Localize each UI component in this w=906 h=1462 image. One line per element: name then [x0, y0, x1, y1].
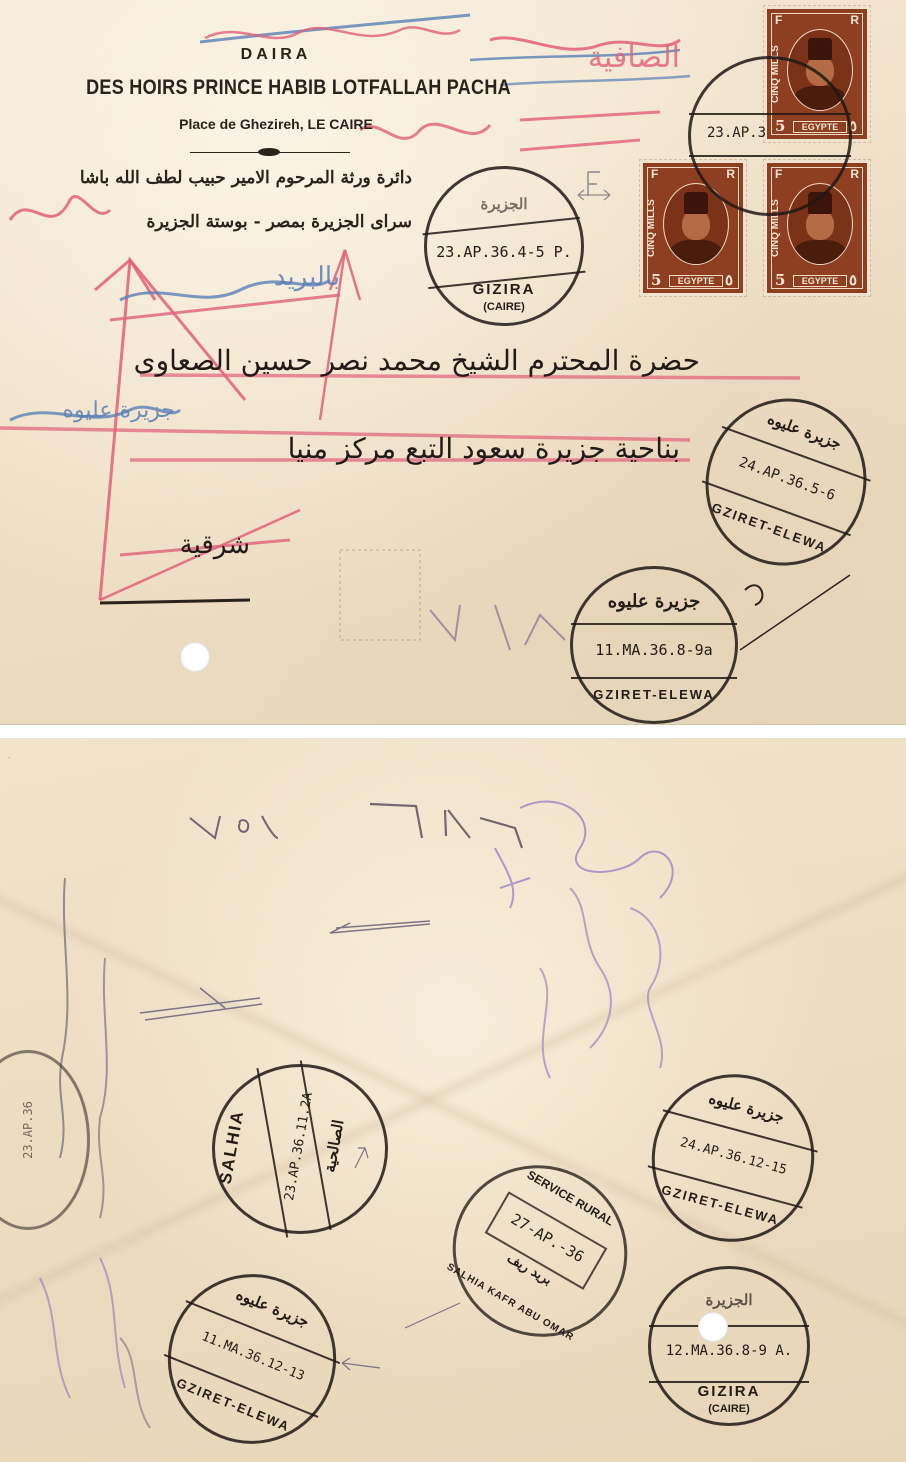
postmark-gziret-elewa-1: جزيرة عليوه 24.AP.36.5-6 GZIRET-ELEWA	[682, 376, 890, 589]
stamp-corner-right: R	[850, 167, 859, 181]
postmark-partial-left: 23.AP.36	[0, 1050, 90, 1230]
stamp-value: 5	[651, 271, 661, 289]
postmark-service-rural: SERVICE RURAL 27-AP.-36 بريد ريف SALHIA …	[421, 1133, 658, 1368]
letterhead-address: Place de Ghezireh, LE CAIRE	[136, 116, 416, 132]
stamp-corner-left: F	[775, 13, 782, 27]
postmark-gziret-elewa-back-2: جزيرة عليوه 11.MA.36.12-13 GZIRET-ELEWA	[142, 1249, 361, 1462]
postmark-gizira-back: الجزيرة 12.MA.36.8-9 A. GIZIRA (CAIRE)	[648, 1266, 810, 1426]
postmark-arabic: الصالحية	[317, 1100, 350, 1192]
postmark-salhia: SALHIA 23.AP.36.11.2A الصالحية	[212, 1064, 388, 1234]
postmark-place: GIZIRA	[427, 281, 581, 298]
address-line1: حضرة المحترم الشيخ محمد نصر حسين الصعاوى	[140, 344, 700, 377]
postmark-place: GZIRET-ELEWA	[573, 687, 735, 702]
postmark-arabic: جزيرة عليوه	[573, 591, 735, 612]
postmark-place: GIZIRA	[651, 1383, 807, 1400]
red-annotation-left: بالبريد	[180, 262, 340, 292]
letterhead-arabic-line1: دائرة ورثة المرحوم الامير حبيب لطف الله …	[62, 168, 412, 188]
address-line2: بناحية جزيرة سعود التبع مركز منيا	[140, 432, 680, 465]
letterhead-arabic-line2: سراى الجزيرة بمصر - بوستة الجزيرة	[90, 212, 412, 232]
postmark-date: 23.AP.3	[691, 125, 849, 141]
postmark-gziret-elewa-back-1: جزيرة عليوه 24.AP.36.12-15 GZIRET-ELEWA	[633, 1056, 833, 1260]
letterhead-ornament	[258, 148, 280, 156]
postmark-place: SALHIA	[209, 1071, 255, 1222]
postmark-gizira-on-stamps: 23.AP.3	[688, 56, 852, 216]
postmark-arabic: الجزيرة	[427, 195, 581, 213]
address-line3: شرقية	[140, 530, 250, 560]
stamp-country: EGYPTE	[793, 275, 847, 287]
postmark-gziret-elewa-2: جزيرة عليوه 11.MA.36.8-9a GZIRET-ELEWA	[570, 566, 738, 724]
blue-annotation-left: جزيرة عليوه	[5, 398, 175, 423]
stamp-country: EGYPTE	[669, 275, 723, 287]
punch-hole	[180, 642, 210, 672]
postmark-gizira: الجزيرة 23.AP.36.4-5 P. GIZIRA (CAIRE)	[424, 166, 584, 326]
cover-front: DAIRA DES HOIRS PRINCE HABIB LOTFALLAH P…	[0, 0, 906, 725]
postmark-date: 11.MA.36.8-9a	[573, 641, 735, 659]
stamp-side-text: CINQ MILLS	[646, 193, 660, 263]
postmark-arabic: الجزيرة	[651, 1291, 807, 1309]
stamp-corner-left: F	[651, 167, 658, 181]
stamp-corner-right: R	[850, 13, 859, 27]
postmark-sub: (CAIRE)	[427, 301, 581, 313]
postmark-sub: (CAIRE)	[651, 1403, 807, 1415]
cover-back: ٧٥٣ 23.AP.36 SALHIA 23.AP.36.11.2A الصال…	[0, 738, 906, 1462]
red-annotation-top: الصافية	[500, 40, 680, 75]
stamp-value-arabic: ٥	[849, 271, 857, 289]
postmark-date: 12.MA.36.8-9 A.	[651, 1343, 807, 1359]
letterhead-name: DES HOIRS PRINCE HABIB LOTFALLAH PACHA	[86, 76, 456, 100]
stamp-value-arabic: ٥	[725, 271, 733, 289]
postmark-date: 23.AP.36	[21, 1071, 35, 1189]
postmark-date: 23.AP.36.4-5 P.	[427, 243, 581, 261]
punch-hole	[698, 1312, 728, 1342]
stamp-value: 5	[775, 271, 785, 289]
pencil-number-small: ٧٥٣	[0, 758, 10, 759]
letterhead-daira: DAIRA	[226, 46, 326, 64]
